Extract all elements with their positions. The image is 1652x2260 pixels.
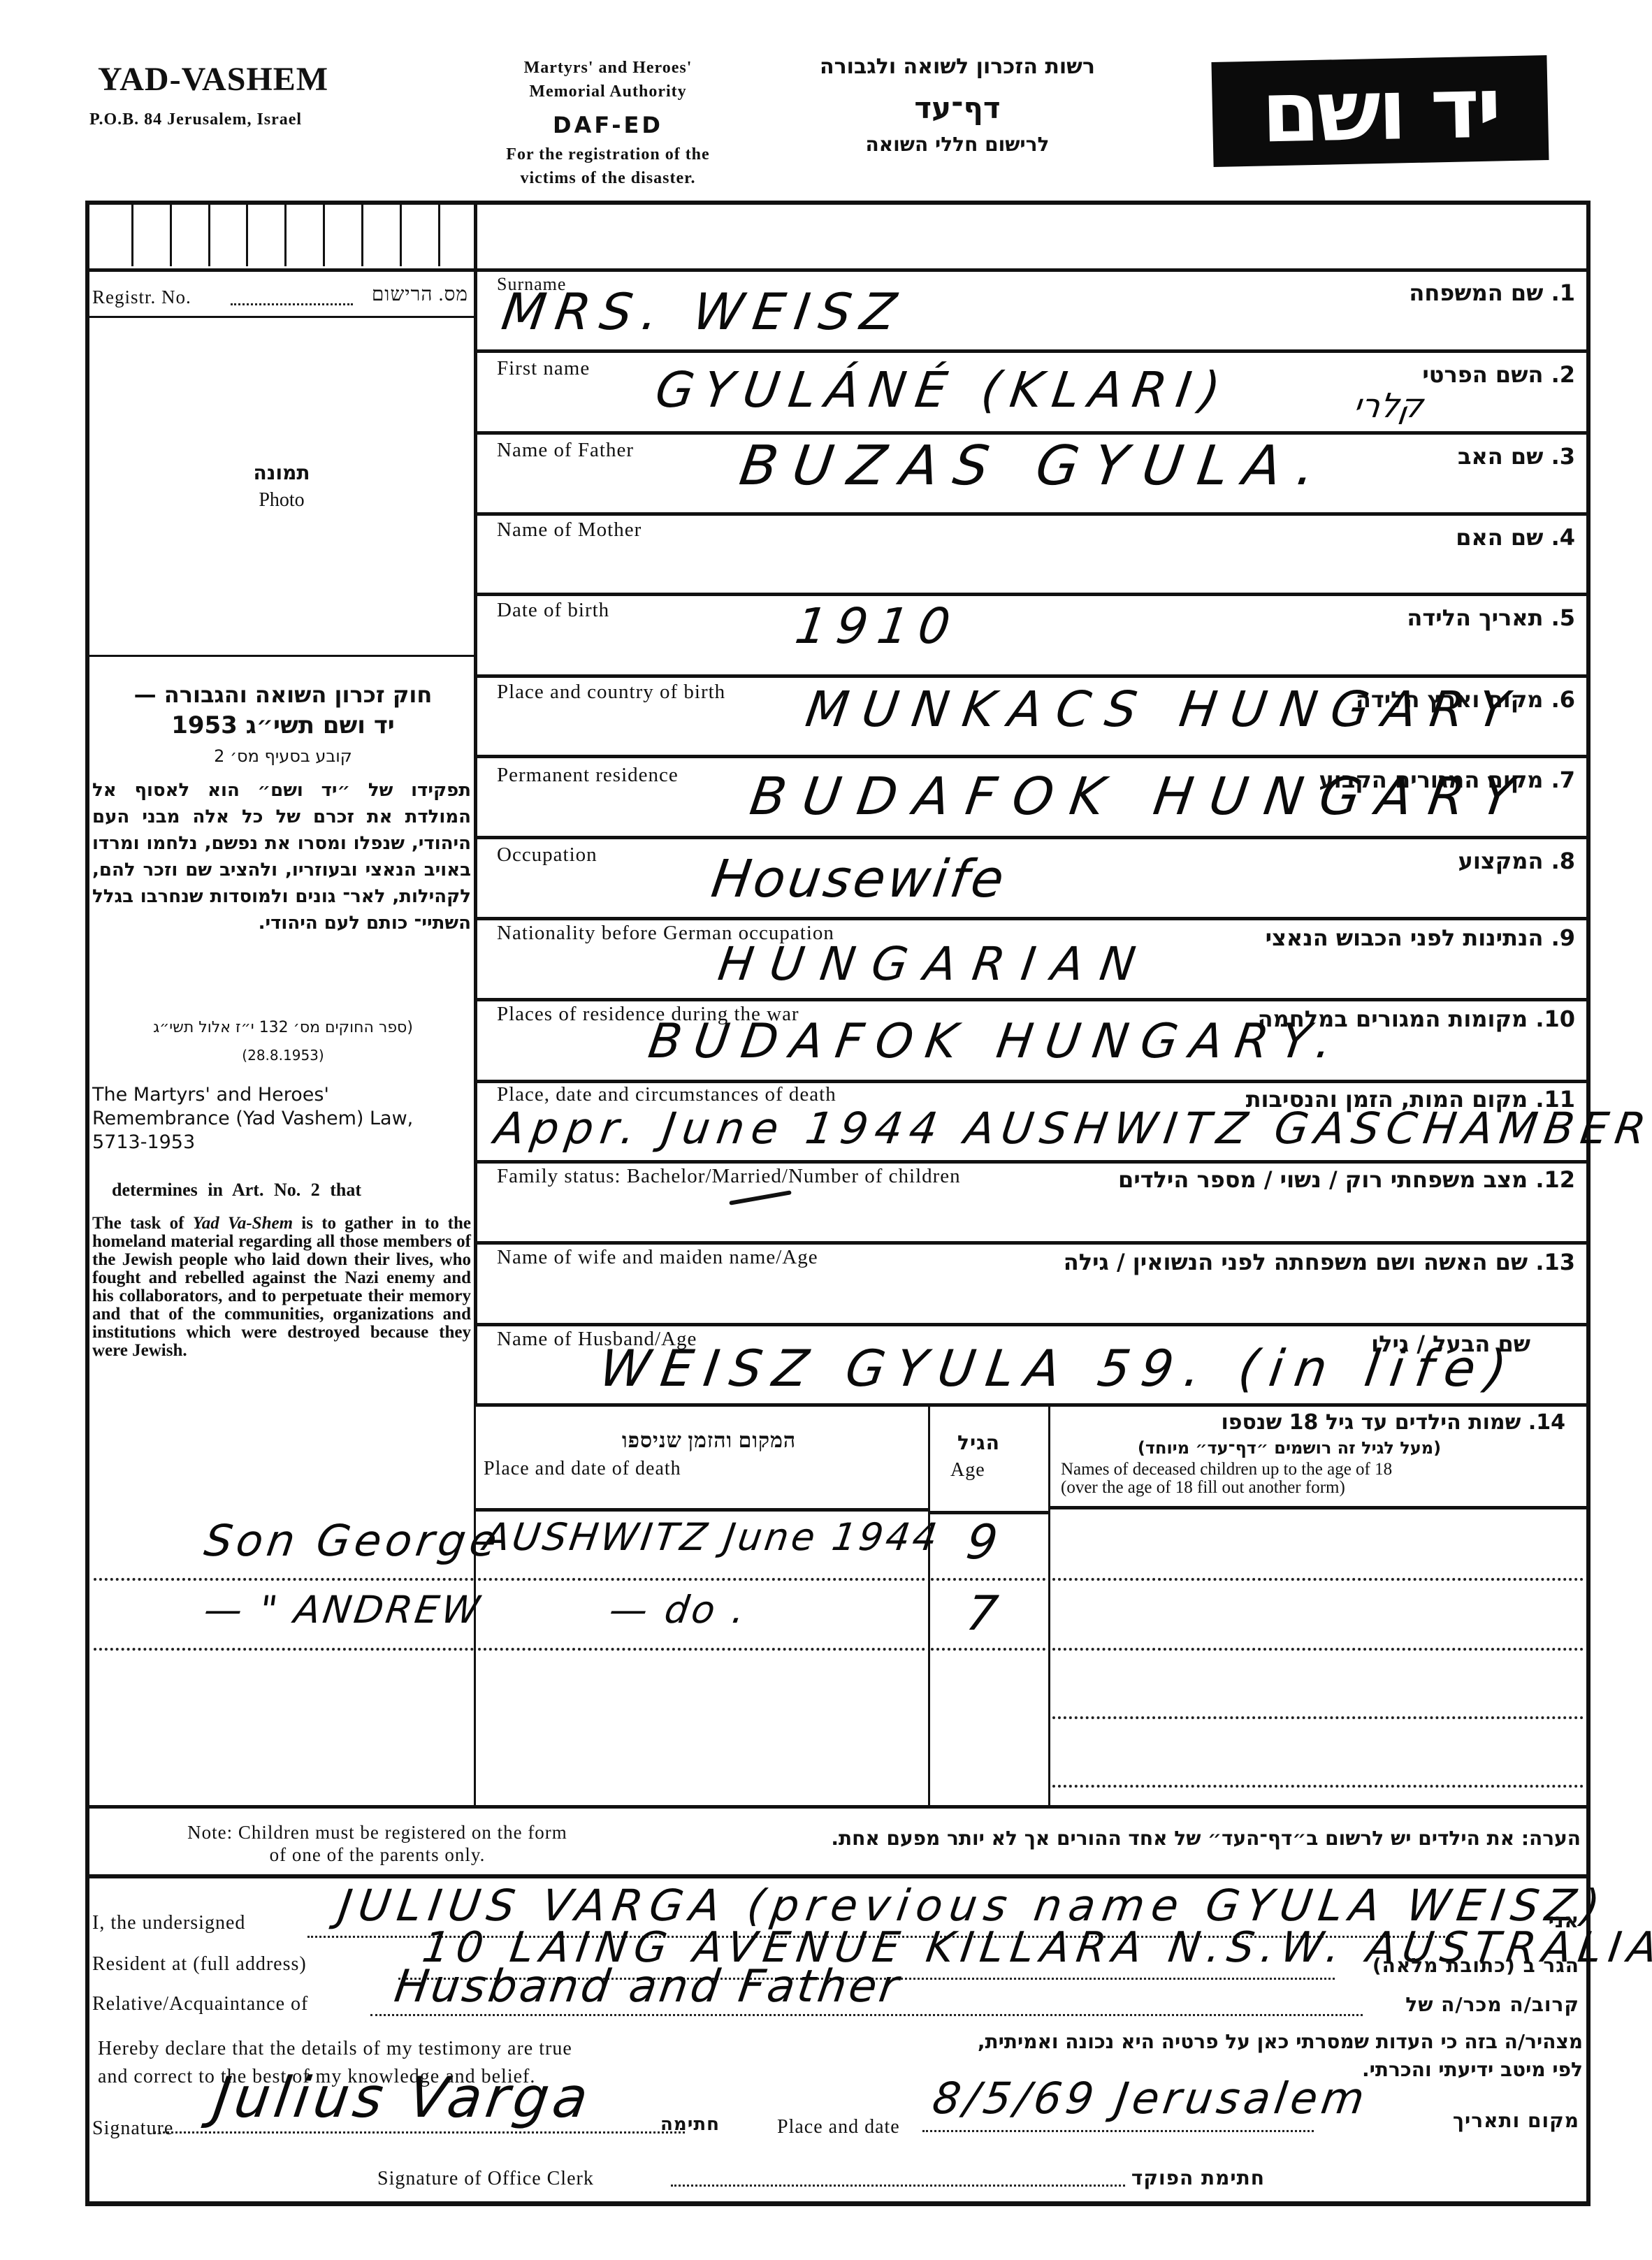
relative-label-he: קרוב/ה מכר/ה של — [1363, 1993, 1579, 2016]
registr-number-field[interactable] — [231, 303, 353, 305]
field-husband-name[interactable]: Name of Husband/Age שם הבעל / גילו WEISZ… — [477, 1325, 1586, 1403]
field-value: HUNGARIAN — [715, 937, 1155, 991]
field-annotation: קלרי — [1351, 386, 1426, 426]
field-family-status[interactable]: Family status: Bachelor/Married/Number o… — [477, 1162, 1586, 1241]
child-name: Son George — [201, 1515, 505, 1566]
field-value: WEISZ GYULA 59. (in life) — [596, 1339, 1521, 1398]
child-age: 7 — [963, 1586, 1010, 1642]
photo-bottom-line — [89, 655, 474, 657]
form-purpose-line-2: victims of the disaster. — [433, 166, 783, 190]
registration-stub-boxes — [89, 205, 474, 269]
signature-label-he: חתימה — [657, 2114, 720, 2135]
field-label-en: Family status: Bachelor/Married/Number o… — [497, 1165, 961, 1188]
law-he-title-3: קובע בסעיף מס׳ 2 — [98, 746, 468, 766]
children-table-bottom — [89, 1805, 1588, 1809]
field-mother-name[interactable]: Name of Mother 4. שם האם — [477, 514, 1586, 593]
children-row[interactable]: — " ANDREW — do . 7 — [89, 1581, 1586, 1647]
children-row[interactable]: Son George AUSHWITZ June 1944 9 — [89, 1511, 1586, 1577]
children-row[interactable] — [89, 1651, 1586, 1717]
field-label-he: 1. שם המשפחה — [1409, 280, 1575, 306]
yad-vashem-logo: יד ושם — [1211, 55, 1549, 167]
resident-label: Resident at (full address) — [92, 1953, 307, 1976]
field-label-he: 5. תאריך הלידה — [1407, 604, 1575, 631]
law-en-determines: determines in Art. No. 2 that — [112, 1180, 468, 1201]
law-he-citation: (ספר החוקים מס׳ 132 י״ז אלול תשי״ג — [98, 1019, 468, 1036]
field-value: Appr. June 1944 AUSHWITZ GASCHAMBER — [491, 1103, 1652, 1154]
field-label-he: 3. שם האב — [1458, 443, 1575, 470]
registr-label-he: מס. הרישום — [353, 284, 468, 306]
field-first-name[interactable]: First name 2. השם הפרטי GYULÁNÉ (KLARI) … — [477, 352, 1586, 431]
field-label-he: 13. שם האשה ושם משפחתה לפני הנשואין / גי… — [1064, 1249, 1575, 1275]
photo-label-en: Photo — [89, 489, 474, 512]
children-row[interactable] — [89, 1719, 1586, 1785]
form-purpose-line-1: For the registration of the — [433, 143, 783, 166]
registr-bottom-line — [89, 316, 474, 318]
field-label-he: 9. הנתינות לפני הכבוש הנאצי — [1266, 925, 1575, 951]
field-label-he: 8. המקצוע — [1458, 848, 1575, 874]
children-age-header-en: Age — [950, 1459, 985, 1482]
field-label-he: 4. שם האם — [1456, 524, 1575, 551]
children-place-header-en: Place and date of death — [484, 1458, 681, 1480]
relative-line — [370, 2014, 1363, 2016]
field-value: BUDAFOK HUNGARY. — [645, 1014, 1348, 1069]
relative-value[interactable]: Husband and Father — [391, 1961, 904, 2013]
field-label-he: 12. מצב משפחתי רוק / נשוי / מספר הילדים — [1118, 1166, 1575, 1193]
children-age-header-he: הגיל — [957, 1431, 1000, 1454]
children-table: Son George AUSHWITZ June 1944 9 — " ANDR… — [89, 1511, 1586, 1804]
clerk-label-he: חתימת הפוקד — [1125, 2166, 1265, 2189]
place-date-line — [922, 2130, 1314, 2132]
field-wife-name[interactable]: Name of wife and maiden name/Age 13. שם … — [477, 1243, 1586, 1323]
clerk-signature-field[interactable] — [671, 2185, 1125, 2187]
field-occupation[interactable]: Occupation 8. המקצוע Housewife — [477, 838, 1586, 917]
authority-line-2: Memorial Authority — [433, 80, 783, 103]
child-name: — " ANDREW — [201, 1588, 485, 1632]
field-label-en: Occupation — [497, 843, 597, 867]
field-nationality[interactable]: Nationality before German occupation 9. … — [477, 919, 1586, 998]
note-en-line-1: Note: Children must be registered on the… — [105, 1821, 650, 1844]
place-date-value[interactable]: 8/5/69 Jerusalem — [929, 2073, 1372, 2124]
field-value: GYULÁNÉ (KLARI) — [652, 361, 1233, 419]
field-label-en: Name of Mother — [497, 519, 642, 542]
field-permanent-residence[interactable]: Permanent residence 7. מקום המגורים הקבו… — [477, 757, 1586, 836]
law-he-body: תפקידו של ״יד ושם״ הוא לאסוף אל המולדת א… — [92, 777, 471, 936]
field-wartime-residence[interactable]: Places of residence during the war 10. מ… — [477, 1000, 1586, 1080]
field-label-en: Date of birth — [497, 599, 609, 622]
field-label-en: Place and country of birth — [497, 681, 725, 704]
child-place-date: — do . — [607, 1588, 751, 1632]
authority-line-1: Martyrs' and Heroes' — [433, 56, 783, 80]
children-header-en: Names of deceased children up to the age… — [1061, 1461, 1578, 1497]
children-header-en-title: Names of deceased children up to the age… — [1061, 1461, 1578, 1479]
statement-en-line-1: Hereby declare that the details of my te… — [98, 2035, 572, 2063]
field-value: 1910 — [792, 597, 964, 655]
hebrew-form-name: דף־עד — [783, 91, 1132, 125]
form-purpose: For the registration of the victims of t… — [433, 143, 783, 190]
law-en-body: The task of Yad Va-Shem is to gather in … — [92, 1215, 471, 1360]
field-father-name[interactable]: Name of Father 3. שם האב BUZAS GYULA. — [477, 433, 1586, 512]
row-sep-14 — [474, 1403, 1589, 1407]
hebrew-form-purpose: לרישום חללי השואה — [783, 133, 1132, 156]
photo-label-he: תמונה — [89, 461, 474, 484]
field-label-en: Permanent residence — [497, 764, 679, 787]
law-he-title-1: חוק זכרון השואה והגבורה — — [98, 681, 468, 708]
field-value: BUZAS GYULA. — [736, 435, 1335, 498]
hebrew-authority-name: רשות הזכרון לשואה ולגבורה — [783, 55, 1132, 79]
law-en-title: The Martyrs' and Heroes' Remembrance (Ya… — [92, 1083, 471, 1154]
law-he-title-2: יד ושם תשי״ג 1953 — [98, 711, 468, 739]
field-value: Housewife — [708, 849, 1010, 909]
logo-text: יד ושם — [1261, 66, 1500, 155]
law-en-body-prefix: The task of — [92, 1214, 184, 1233]
field-value: BUDAFOK HUNGARY — [746, 767, 1534, 827]
registr-label: Registr. No. — [92, 287, 191, 308]
note-en-line-2: of one of the parents only. — [105, 1844, 650, 1866]
children-header-bottom-right — [1050, 1506, 1588, 1509]
undersigned-label: I, the undersigned — [92, 1912, 245, 1934]
signature-value[interactable]: Julius Varga — [210, 2065, 596, 2130]
signature-line — [154, 2131, 685, 2134]
child-age: 9 — [963, 1515, 1010, 1570]
children-header-en-sub: (over the age of 18 fill out another for… — [1061, 1479, 1578, 1497]
statement-he-line-1: מצהיר/ה בזה כי העדות שמסרתי כאן על פרטיה… — [783, 2028, 1583, 2056]
form-name: DAF-ED — [433, 112, 783, 138]
field-label-he: 2. השם הפרטי — [1422, 361, 1575, 388]
children-place-header-he: המקום והזמן שניספו — [622, 1429, 796, 1453]
field-label-en: Name of Father — [497, 439, 634, 462]
place-date-label: Place and date — [777, 2116, 900, 2138]
law-en-body-text: is to gather in to the homeland material… — [92, 1214, 471, 1360]
clerk-label: Signature of Office Clerk — [377, 2168, 594, 2190]
note-en: Note: Children must be registered on the… — [105, 1821, 650, 1866]
relative-label: Relative/Acquaintance of — [92, 1993, 308, 2015]
field-death-details[interactable]: Place, date and circumstances of death 1… — [477, 1082, 1586, 1160]
children-header-he: 14. שמות הילדים עד גיל 18 שנספו — [1055, 1410, 1565, 1435]
field-date-of-birth[interactable]: Date of birth 5. תאריך הלידה 1910 — [477, 595, 1586, 674]
children-row-line — [1052, 1785, 1584, 1788]
note-bottom-line — [89, 1874, 1588, 1878]
org-title: YAD-VASHEM — [98, 60, 328, 99]
child-place-date: AUSHWITZ June 1944 — [481, 1515, 943, 1559]
field-surname[interactable]: Surname 1. שם המשפחה MRS. WEISZ — [477, 270, 1586, 349]
note-he: הערה: את הילדים יש לרשום ב״דף־העד״ של אח… — [650, 1827, 1581, 1850]
frame-bottom — [85, 2201, 1591, 2206]
field-place-of-birth[interactable]: Place and country of birth 6. מקום וארץ … — [477, 676, 1586, 755]
field-value: MUNKACS HUNGARY — [802, 681, 1526, 738]
field-label-en: First name — [497, 357, 590, 380]
org-address: P.O.B. 84 Jerusalem, Israel — [89, 110, 302, 129]
signature-label: Signature — [92, 2117, 173, 2140]
field-label-en: Name of wife and maiden name/Age — [497, 1246, 818, 1269]
married-underline-mark — [729, 1190, 792, 1205]
resident-label-he: הגר ב (כתובת מלאה) — [1335, 1954, 1579, 1977]
law-en-body-italic: Yad Va-Shem — [193, 1214, 293, 1233]
authority-name: Martyrs' and Heroes' Memorial Authority — [433, 56, 783, 103]
field-value: MRS. WEISZ — [498, 282, 909, 341]
place-date-label-he: מקום ותאריך — [1433, 2109, 1579, 2132]
law-he-citation-date: (28.8.1953) — [98, 1047, 468, 1064]
children-header-he-sub: (מעל לגיל זה רושמים ״דף־עד״ מיוחד) — [1055, 1438, 1523, 1458]
